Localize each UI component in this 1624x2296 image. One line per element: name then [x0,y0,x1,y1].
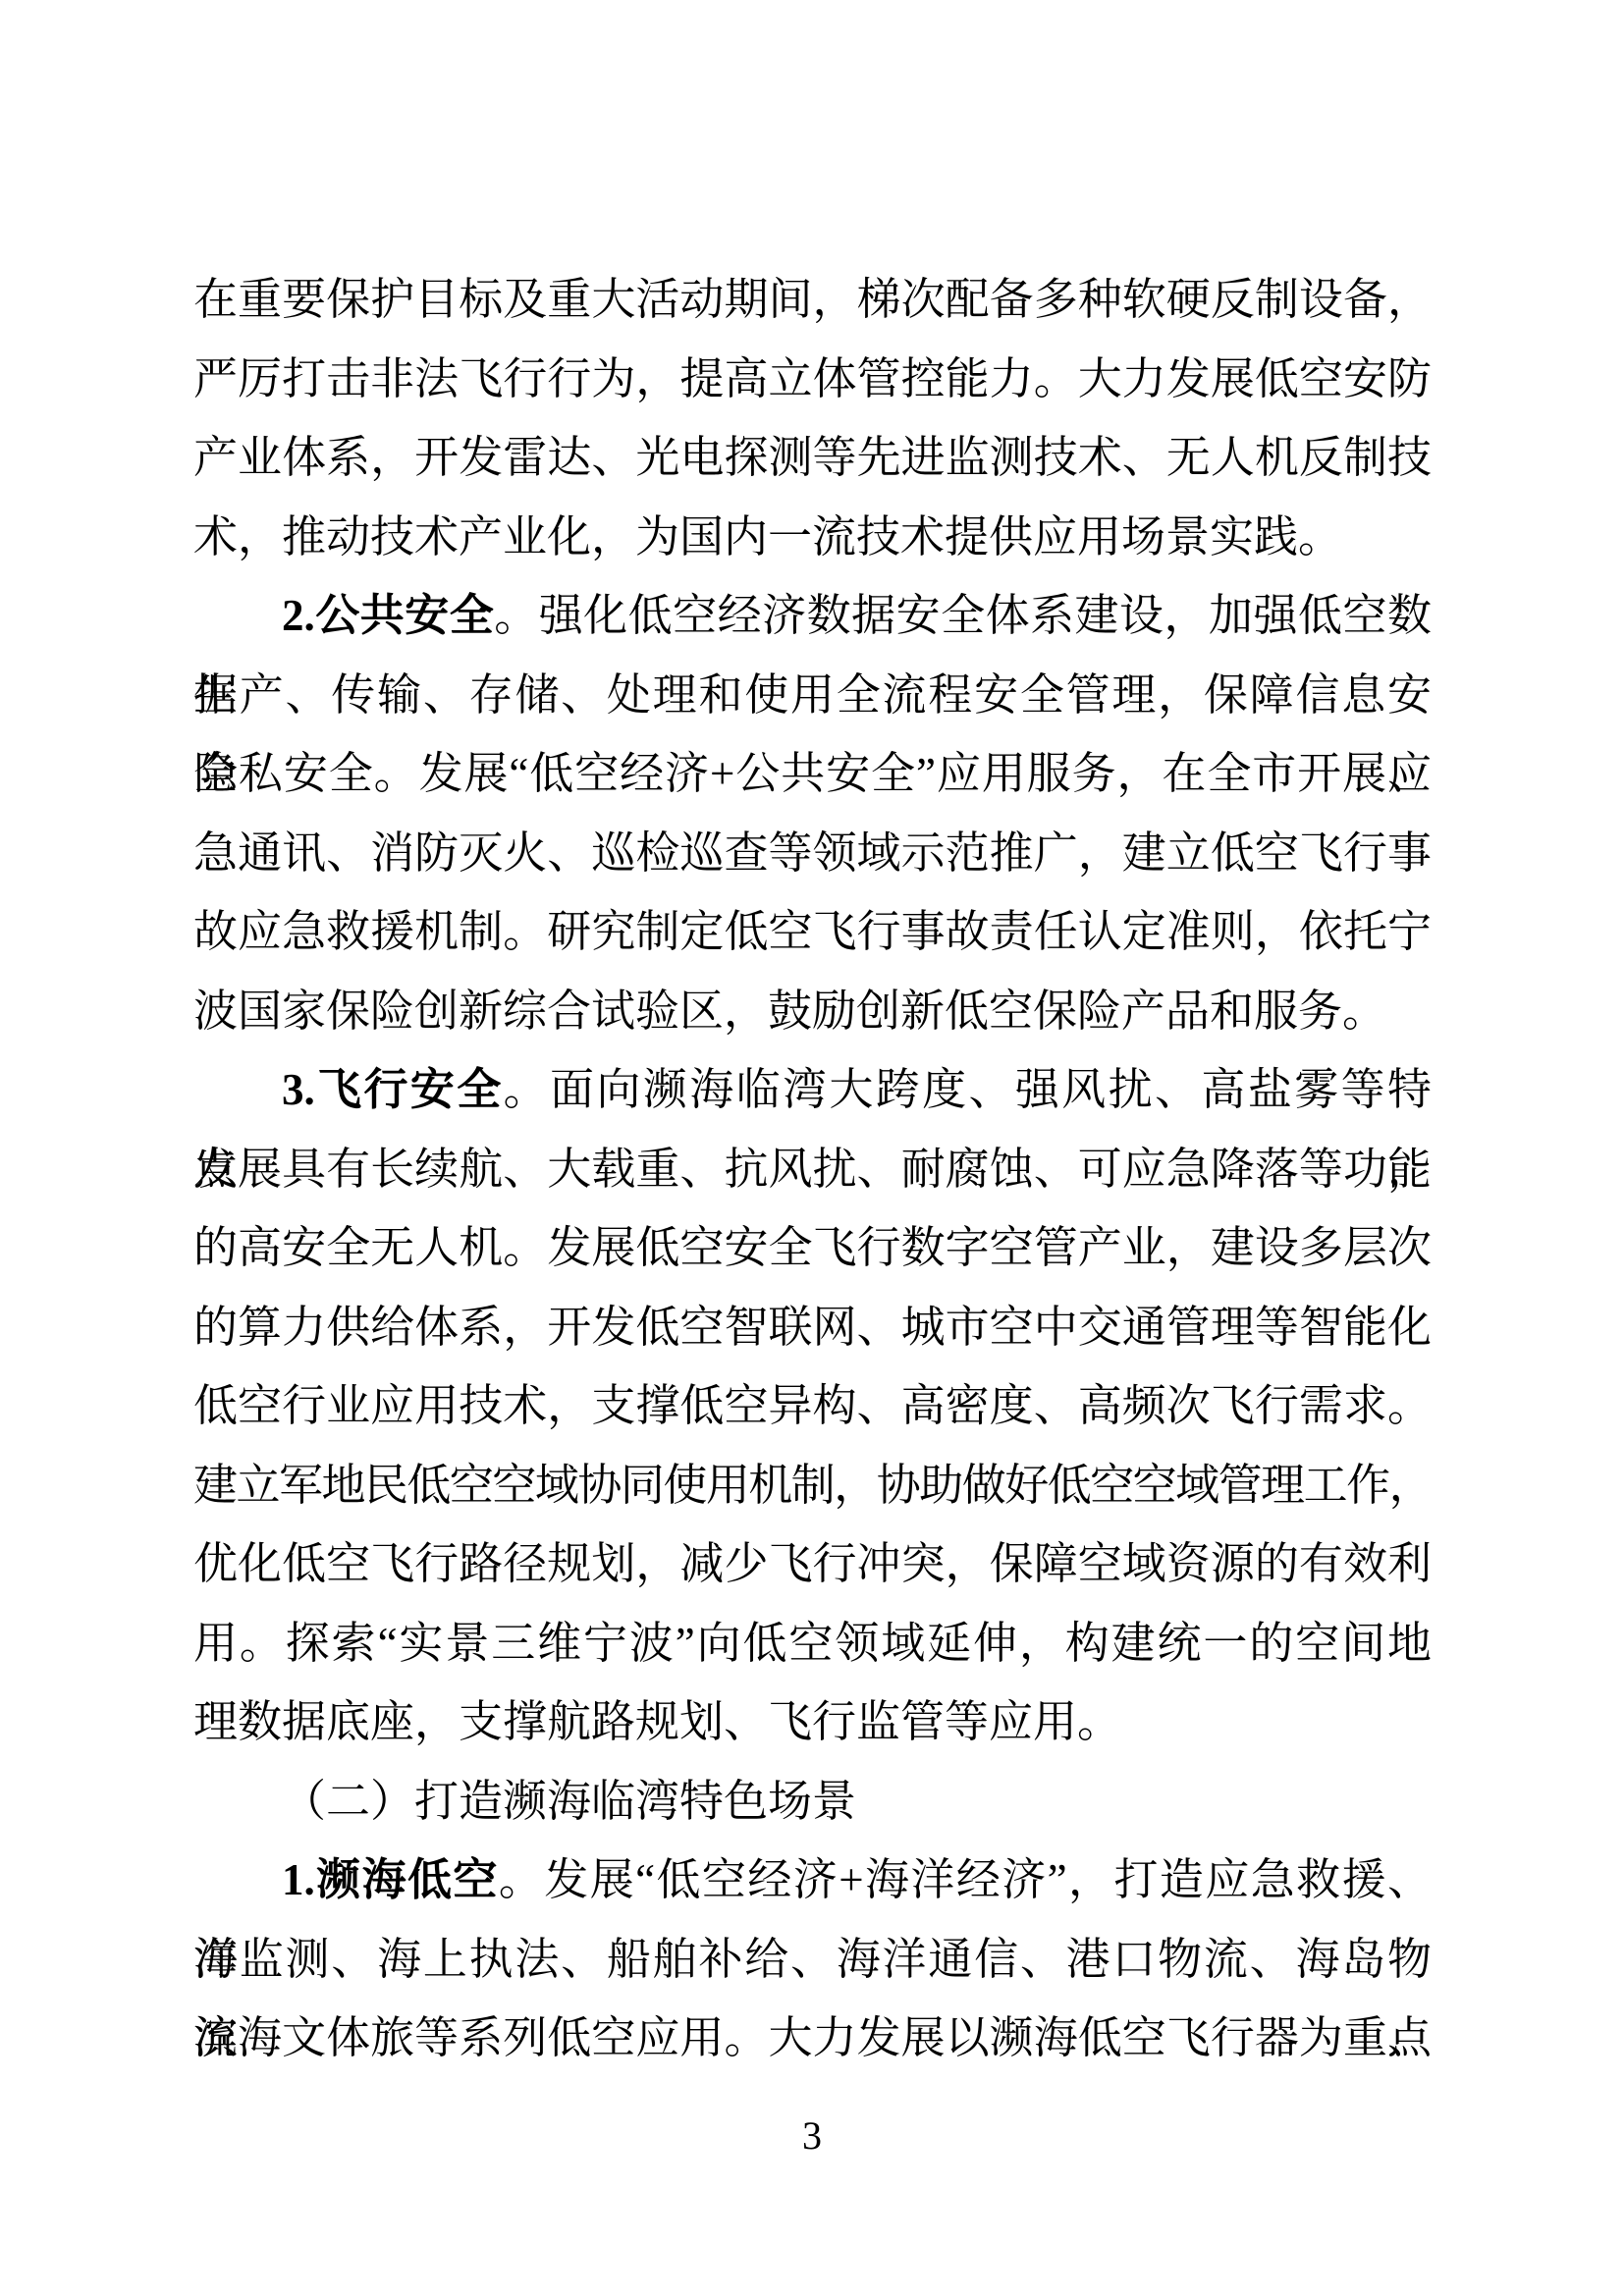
body-line: 建立军地民低空空域协同使用机制，协助做好低空空域管理工作， [193,1446,1432,1525]
body-line: 发展具有长续航、大载重、抗风扰、耐腐蚀、可应急降落等功能 [193,1130,1432,1209]
body-text: （二）打造濒海临湾特色场景 [282,1777,856,1826]
body-line: 的算力供给体系，开发低空智联网、城市空中交通管理等智能化 [193,1288,1432,1367]
paragraph-start-line: 2.公共安全。强化低空经济数据安全体系建设，加强低空数据 [193,576,1432,656]
page-number: 3 [0,2112,1624,2160]
body-line: 洋监测、海上执法、船舶补给、海洋通信、港口物流、海岛物流、 [193,1920,1432,2000]
body-text: 急通讯、消防灭火、巡检巡查等领域示范推广，建立低空飞行事 [193,828,1432,878]
body-line: 术，推动技术产业化，为国内一流技术提供应用场景实践。 [193,498,1432,577]
body-text: 产业体系，开发雷达、光电探测等先进监测技术、无人机反制技 [193,433,1432,482]
body-text: 波国家保险创新综合试验区，鼓励创新低空保险产品和服务。 [193,987,1386,1036]
body-line: 的高安全无人机。发展低空安全飞行数字空管产业，建设多层次 [193,1208,1432,1288]
body-text: 严厉打击非法飞行行为，提高立体管控能力。大力发展低空安防 [193,354,1432,403]
body-line: 故应急救援机制。研究制定低空飞行事故责任认定准则，依托宁 [193,892,1432,972]
body-text: 理数据底座，支撑航路规划、飞行监管等应用。 [193,1697,1121,1746]
bold-lead-text: 1.濒海低空 [282,1855,499,1904]
body-text: 优化低空飞行路径规划，减少飞行冲突，保障空域资源的有效利 [193,1539,1432,1588]
body-text: 故应急救援机制。研究制定低空飞行事故责任认定准则，依托宁 [193,907,1432,956]
document-page: 在重要保护目标及重大活动期间，梯次配备多种软硬反制设备，严厉打击非法飞行行为，提… [0,0,1624,2296]
paragraph-start-line: 1.濒海低空。发展“低空经济+海洋经济”，打造应急救援、海 [193,1841,1432,1920]
body-line: 隐私安全。发展“低空经济+公共安全”应用服务，在全市开展应 [193,734,1432,814]
body-line: 低空行业应用技术，支撑低空异构、高密度、高频次飞行需求。 [193,1366,1432,1446]
body-line: 优化低空飞行路径规划，减少飞行冲突，保障空域资源的有效利 [193,1524,1432,1604]
bold-lead-text: 2.公共安全 [282,591,494,640]
body-text: 用。探索“实景三维宁波”向低空领域延伸，构建统一的空间地 [193,1619,1432,1668]
body-line: 生产、传输、存储、处理和使用全流程安全管理，保障信息安全、 [193,656,1432,735]
body-line: 理数据底座，支撑航路规划、飞行监管等应用。 [193,1682,1432,1762]
body-line: 产业体系，开发雷达、光电探测等先进监测技术、无人机反制技 [193,418,1432,498]
body-text: 的高安全无人机。发展低空安全飞行数字空管产业，建设多层次 [193,1223,1432,1272]
body-text: 隐私安全。发展“低空经济+公共安全”应用服务，在全市开展应 [193,749,1432,798]
body-text: 滨海文体旅等系列低空应用。大力发展以濒海低空飞行器为重点 [193,2013,1432,2062]
body-line: 滨海文体旅等系列低空应用。大力发展以濒海低空飞行器为重点 [193,1999,1432,2078]
section-heading-line: （二）打造濒海临湾特色场景 [193,1762,1432,1842]
body-text: 的算力供给体系，开发低空智联网、城市空中交通管理等智能化 [193,1303,1432,1352]
bold-lead-text: 3.飞行安全 [282,1065,504,1114]
body-line: 波国家保险创新综合试验区，鼓励创新低空保险产品和服务。 [193,972,1432,1051]
body-line: 急通讯、消防灭火、巡检巡查等领域示范推广，建立低空飞行事 [193,814,1432,893]
body-text: 建立军地民低空空域协同使用机制，协助做好低空空域管理工作， [193,1461,1432,1510]
body-text: 在重要保护目标及重大活动期间，梯次配备多种软硬反制设备， [193,275,1432,324]
body-text: 发展具有长续航、大载重、抗风扰、耐腐蚀、可应急降落等功能 [193,1145,1432,1194]
body-text: 低空行业应用技术，支撑低空异构、高密度、高频次飞行需求。 [193,1381,1432,1430]
body-text: 术，推动技术产业化，为国内一流技术提供应用场景实践。 [193,512,1342,561]
body-line: 在重要保护目标及重大活动期间，梯次配备多种软硬反制设备， [193,260,1432,340]
document-body: 在重要保护目标及重大活动期间，梯次配备多种软硬反制设备，严厉打击非法飞行行为，提… [193,260,1432,2078]
body-line: 严厉打击非法飞行行为，提高立体管控能力。大力发展低空安防 [193,340,1432,419]
body-line: 用。探索“实景三维宁波”向低空领域延伸，构建统一的空间地 [193,1604,1432,1683]
paragraph-start-line: 3.飞行安全。面向濒海临湾大跨度、强风扰、高盐雾等特点， [193,1050,1432,1130]
